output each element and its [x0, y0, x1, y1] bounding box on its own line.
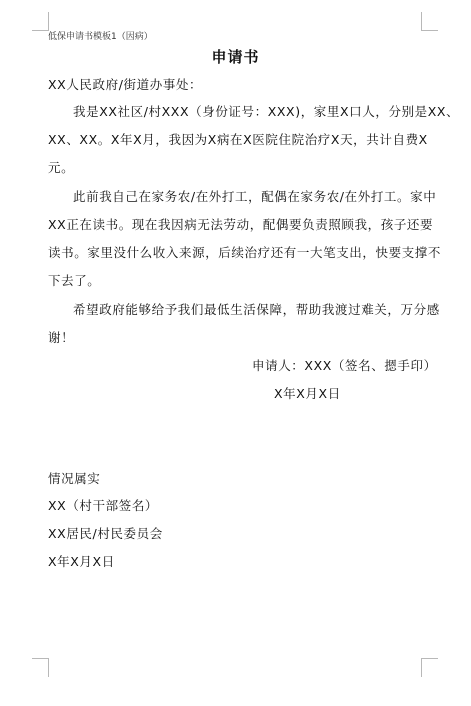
margin-corner-mark-top-right [421, 12, 438, 31]
paragraph-1-line-1: 我是XX社区/村XXX（身份证号：XXX)，家里X口人，分别是XX、 [73, 103, 459, 121]
paragraph-2-line-3: 读书。家里没什么收入来源，后续治疗还有一大笔支出，快要支撑不 [48, 244, 441, 262]
paragraph-3-line-1: 希望政府能够给予我们最低生活保障，帮助我渡过难关，万分感 [73, 301, 440, 319]
paragraph-2-line-4: 下去了。 [48, 272, 100, 290]
margin-corner-mark-bottom-left [32, 658, 49, 677]
applicant-date: X年X月X日 [274, 385, 341, 403]
salutation: XX人民政府/街道办事处： [48, 76, 202, 94]
verification-committee: XX居民/村民委员会 [48, 525, 163, 543]
document-page: 低保申请书模板1（因病） 申请书 XX人民政府/街道办事处： 我是XX社区/村X… [0, 0, 471, 706]
margin-corner-mark-bottom-right [421, 658, 438, 677]
paragraph-2-line-2: XX正在读书。现在我因病无法劳动，配偶要负责照顾我，孩子还要 [48, 216, 433, 234]
paragraph-3-line-2: 谢！ [48, 329, 74, 347]
verification-statement: 情况属实 [48, 470, 100, 488]
paragraph-1-line-2: XX、XX。X年X月，我因为X病在X医院住院治疗X天，共计自费X [48, 131, 428, 149]
applicant-signature: 申请人：XXX（签名、摁手印） [252, 357, 437, 375]
verification-signer: XX（村干部签名） [48, 497, 158, 515]
page-header-note: 低保申请书模板1（因病） [48, 31, 153, 43]
margin-corner-mark-top-left [32, 12, 49, 31]
paragraph-1-line-3: 元。 [48, 159, 74, 177]
verification-date: X年X月X日 [48, 553, 115, 571]
document-title: 申请书 [0, 47, 471, 67]
paragraph-2-line-1: 此前我自己在家务农/在外打工，配偶在家务农/在外打工。家中 [73, 188, 436, 206]
